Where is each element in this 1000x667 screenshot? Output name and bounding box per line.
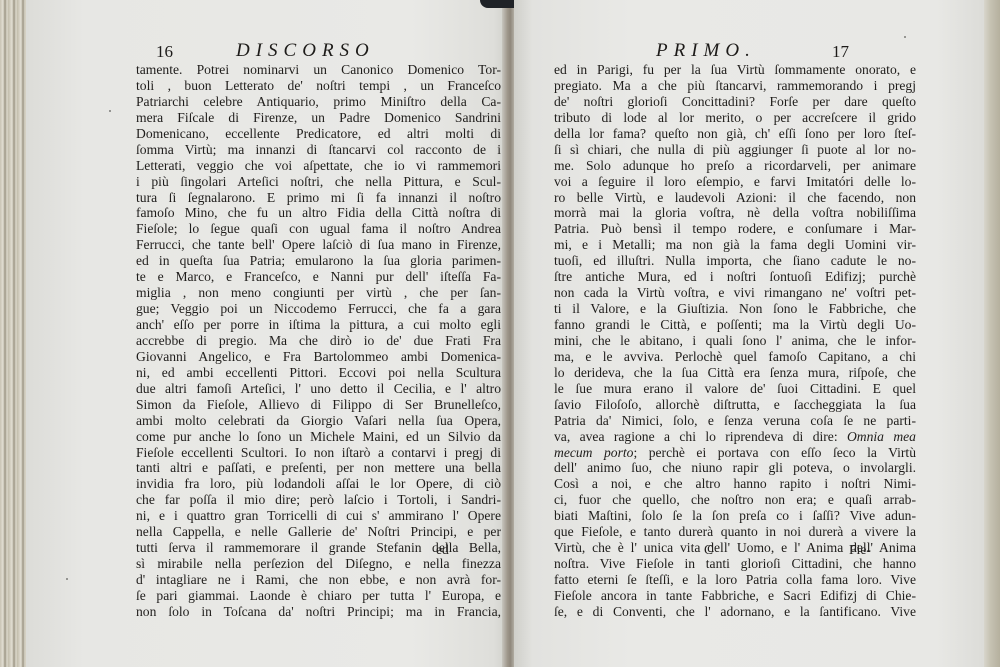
text-line: non cada la Virtù voſtra, e vivi rimanga… (554, 285, 916, 301)
text-line: tuoſi, ed illuſtri. Nulla importa, che ſ… (554, 253, 916, 269)
text-line: ſomma Virtù; ma innanzi di ſtancarvi col… (136, 142, 501, 158)
text-line: Così a noi, e che altro hanno rapito i n… (554, 476, 916, 492)
text-line: non ſolo in Toſcana da' noſtri Principi;… (136, 604, 501, 620)
running-head-left: 16 DISCORSO (156, 40, 501, 62)
text-line: ſe pari giammai. Laonde è chiaro per tut… (136, 588, 501, 604)
text-line: tura ſi ſegnalarono. E primo mi ſi fa in… (136, 190, 501, 206)
page-number-left: 16 (156, 42, 173, 62)
text-line: fatto eterni ſe ſteſſi, e la loro Patria… (554, 572, 916, 588)
text-line: Patria. Può bensì il tempo rodere, e con… (554, 221, 916, 237)
text-line: ſe, e di Conventi, che l' adornano, e la… (554, 604, 916, 620)
text-line: anch' eſſo per porre in iſtima la pittur… (136, 317, 501, 333)
text-line: Ferrucci, che tante bell' Opere laſciò d… (136, 237, 501, 253)
running-head-title-right: PRIMO. (656, 40, 756, 62)
text-line: Patria da' Nimici, ſolo, e ſenza veruna … (554, 413, 916, 429)
right-page: PRIMO. 17 ed in Parigi, fu per la ſua Vi… (514, 0, 984, 667)
text-line: due altri famoſi Arteſici, l' uno detto … (136, 381, 501, 397)
text-line: Simon da Fieſole, Allievo di Filippo di … (136, 397, 501, 413)
catchword-left: ed (436, 542, 449, 558)
text-line: ſtre antiche Mura, ed i noſtri ſontuoſi … (554, 269, 916, 285)
page-edges (0, 0, 28, 667)
text-line: sì mirabile nella perſezion del Diſegno,… (136, 556, 501, 572)
text-line: morrà mai la gloria voſtra, nè della voſ… (554, 205, 916, 221)
text-line: gue; Veggio poi un Niccodemo Ferrucci, c… (136, 301, 501, 317)
text-line: famoſo Mino, che fu un altro Fidia della… (136, 205, 501, 221)
text-line: ni, ed ambi eccellenti Pittori. Eccovi p… (136, 365, 501, 381)
text-line: come pur anche lo ſono un Michele Maini,… (136, 429, 501, 445)
body-text-right: ed in Parigi, fu per la ſua Virtù ſommam… (554, 62, 916, 620)
text-line: ro belle Virtù, e laudevoli Azioni: il c… (554, 190, 916, 206)
catchword-right: Fie- (849, 542, 871, 558)
running-head-title-left: DISCORSO (236, 40, 375, 62)
text-line: Giovanni Angelico, e Fra Bartolommeo amb… (136, 349, 501, 365)
paper-speck (109, 110, 111, 112)
running-head-right: PRIMO. 17 (656, 40, 986, 62)
text-line: accrebbe di pregio. Ma che dirò io de' d… (136, 333, 501, 349)
text-line: voi a ſeguire il loro eſempio, e farvi I… (554, 174, 916, 190)
text-line: ſavio Filoſoſo, allorchè diſtrutta, e ſa… (554, 397, 916, 413)
text-line: ci, fuor che quello, che noſtro non era;… (554, 492, 916, 508)
text-line: mera Fiſcale di Firenze, un Padre Domeni… (136, 110, 501, 126)
text-line: me. Solo adunque ho preſo a ricordarveli… (554, 158, 916, 174)
paper-speck (66, 578, 68, 580)
text-line: mini, che le abitano, i quali ſono l' an… (554, 333, 916, 349)
paper-speck (904, 36, 906, 38)
text-line: ti il Valore, e la Giuſtizia. Non ſono l… (554, 301, 916, 317)
text-line: che far poſſa il mio dire; però laſcio i… (136, 492, 501, 508)
text-line: Patriarchi celebre Antiquario, primo Min… (136, 94, 501, 110)
text-line: le ſue mura erano il valore de' ſuoi Cit… (554, 381, 916, 397)
text-line: lo derideva, che la ſua Città era ſenza … (554, 365, 916, 381)
text-line: fanno grandi le Città, e poſſenti; ma la… (554, 317, 916, 333)
signature-mark: C (704, 542, 713, 558)
text-line: ed in Parigi, fu per la ſua Virtù ſommam… (554, 62, 916, 78)
text-line: noſtra. Vive Fieſole in tanti glorioſi C… (554, 556, 916, 572)
text-line: Domenicano, eccellente Predicatore, ed a… (136, 126, 501, 142)
text-line: invidia fra loro, più lodandoli aſſai le… (136, 476, 501, 492)
text-line: tamente. Potrei nominarvi un Canonico Do… (136, 62, 501, 78)
text-line: tanti altri e paſſati, e preſenti, per n… (136, 460, 501, 476)
page-number-right: 17 (832, 42, 849, 62)
body-text-left: tamente. Potrei nominarvi un Canonico Do… (136, 62, 501, 620)
text-line: mi, e i Metalli; ma non già la fama degl… (554, 237, 916, 253)
text-line: ma, e le avviva. Perlochè quel famoſo Ca… (554, 349, 916, 365)
text-line: ni, e i quattro gran Torricelli di cui s… (136, 508, 501, 524)
text-line: d' intagliare ne i Rami, che non ebbe, e… (136, 572, 501, 588)
text-line: tributo di lode al lor merito, o per acc… (554, 110, 916, 126)
text-line: mecum porto; perchè ei portava con eſſo … (554, 445, 916, 461)
text-line: Fieſole eccellenti Scultori. Io non iſta… (136, 445, 501, 461)
open-book: 16 DISCORSO tamente. Potrei nominarvi un… (0, 0, 1000, 667)
text-line: ſi sì chiari, che nulla di più aggiunger… (554, 142, 916, 158)
text-line: pregiato. Ma a che più ſtancarvi, rammem… (554, 78, 916, 94)
page-edge-right (984, 0, 1000, 667)
text-line: dell' animo ſuo, che niuno rapir gli pot… (554, 460, 916, 476)
text-line: Letterati, veggio che voi aſpettate, che… (136, 158, 501, 174)
text-line: que Fieſole, e tanto durerà quanto in no… (554, 524, 916, 540)
text-line: i più ſingolari Arteſici noſtri, che nel… (136, 174, 501, 190)
left-page: 16 DISCORSO tamente. Potrei nominarvi un… (26, 0, 508, 667)
text-line: Fieſole ancora in tante Fabbriche, e Sac… (554, 588, 916, 604)
text-line: biati Maſtini, ſolo ſe la ſon preſa co i… (554, 508, 916, 524)
text-line: miglia , non meno congiunti per virtù , … (136, 285, 501, 301)
text-line: ed in queſta ſua Patria; emularono la ſu… (136, 253, 501, 269)
text-line: Fieſole; lo ſegue quaſi con ugual fama i… (136, 221, 501, 237)
text-line: nella Cappella, e nelle Gallerie de' Noſ… (136, 524, 501, 540)
text-line: te e Marco, e Franceſco, e Nanni pur del… (136, 269, 501, 285)
text-line: della lor fama? queſto non già, ch' eſſi… (554, 126, 916, 142)
text-line: toli , buon Letterato de' noſtri tempi ,… (136, 78, 501, 94)
text-line: ambi molto celebrati da Giorgio Vaſari n… (136, 413, 501, 429)
text-line: va, avea ragione a chi lo riprendeva di … (554, 429, 916, 445)
text-line: de' noſtri glorioſi Concittadini? Forſe … (554, 94, 916, 110)
